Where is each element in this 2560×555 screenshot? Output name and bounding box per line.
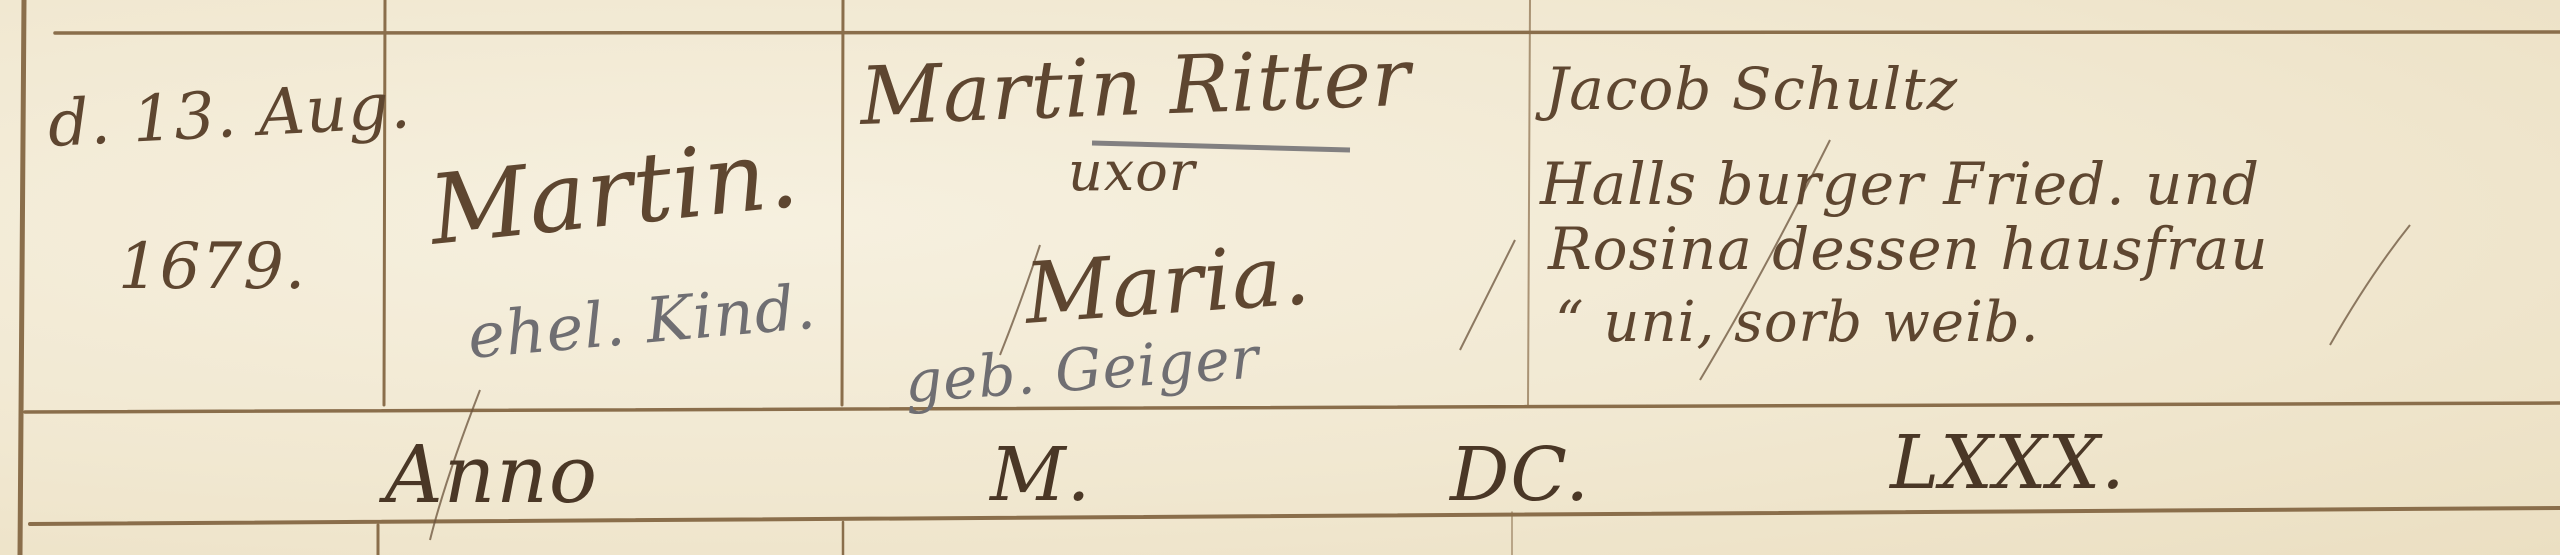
- year-anno: Anno: [385, 428, 598, 521]
- year-hundreds: DC.: [1450, 432, 1590, 518]
- mother-name: Maria.: [1022, 225, 1314, 343]
- year-thousands: M.: [990, 432, 1091, 518]
- register-page: d. 13. Aug. 1679. Martin. ehel. Kind. Ma…: [0, 0, 2560, 555]
- baptism-year: 1679.: [118, 230, 306, 304]
- godparent-line-3: Rosina dessen hausfrau: [1548, 215, 2269, 283]
- godparent-line-2: Halls burger Fried. und: [1540, 150, 2260, 218]
- godparent-line-4: “ uni, sorb weib.: [1555, 290, 2040, 355]
- conjunction-uxor: uxor: [1068, 140, 1196, 203]
- year-tens: LXXX.: [1890, 420, 2126, 506]
- father-name: Martin Ritter: [858, 31, 1412, 143]
- godparent-line-1: Jacob Schultz: [1545, 55, 1958, 123]
